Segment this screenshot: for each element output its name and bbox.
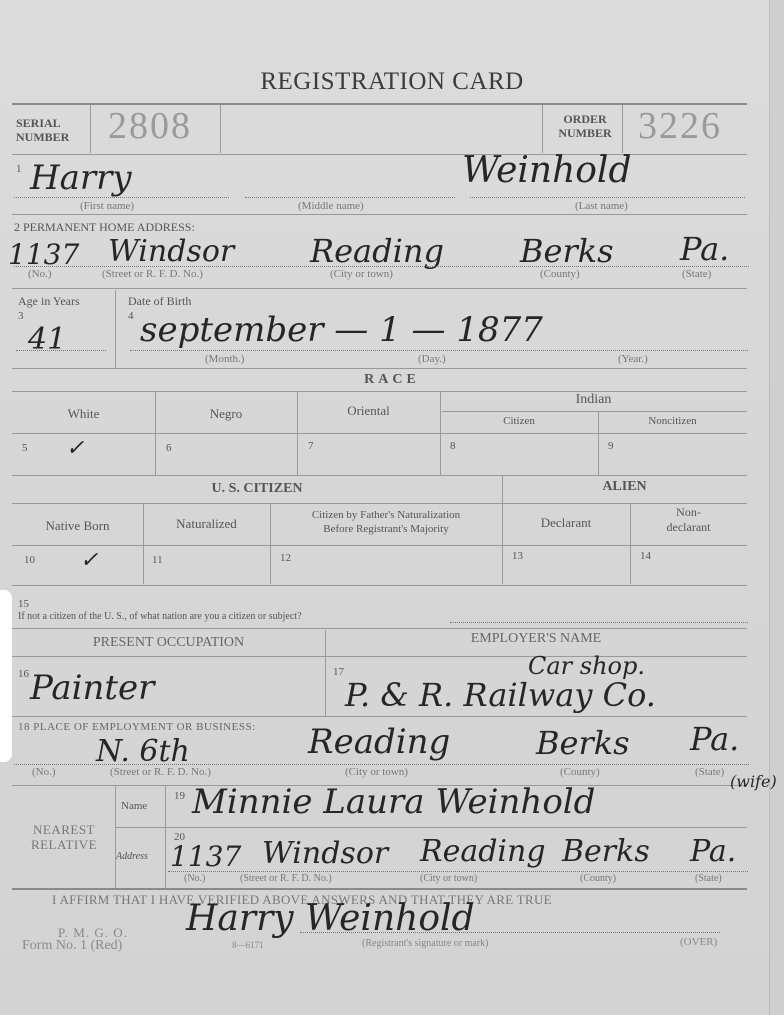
nationality-question: If not a citizen of the U. S., of what n… bbox=[18, 611, 302, 622]
caption: (No.) bbox=[32, 766, 56, 778]
side-tab bbox=[0, 590, 12, 762]
divider bbox=[12, 475, 747, 476]
dotted-rule bbox=[470, 197, 745, 198]
divider bbox=[12, 368, 747, 369]
relative-address-county: Berks bbox=[562, 834, 650, 869]
caption: (Street or R. F. D. No.) bbox=[102, 268, 203, 280]
dotted-rule bbox=[450, 622, 748, 623]
relative-address-city: Reading bbox=[420, 834, 546, 869]
caption: (First name) bbox=[80, 200, 134, 212]
race-heading: RACE bbox=[0, 372, 784, 388]
caption: (County) bbox=[540, 268, 580, 280]
card-title: REGISTRATION CARD bbox=[0, 68, 784, 96]
first-name: Harry bbox=[30, 158, 132, 198]
divider bbox=[115, 786, 116, 888]
divider bbox=[442, 411, 747, 412]
caption: (City or town) bbox=[420, 873, 477, 884]
form-code: 8—6171 bbox=[232, 940, 264, 950]
nearest-relative-label-line1: NEAREST bbox=[14, 822, 114, 837]
home-address-county: Berks bbox=[520, 232, 614, 270]
order-number: 3226 bbox=[638, 104, 722, 148]
divider bbox=[622, 105, 623, 153]
caption: (Middle name) bbox=[298, 200, 364, 212]
divider bbox=[12, 628, 747, 629]
order-number-label: ORDER NUMBER bbox=[550, 112, 620, 140]
field-number: 5 bbox=[22, 442, 28, 454]
employer-heading: EMPLOYER'S NAME bbox=[325, 631, 747, 647]
race-indian-noncitizen-label: Noncitizen bbox=[598, 415, 747, 427]
over-label: (OVER) bbox=[680, 936, 717, 948]
divider bbox=[115, 290, 116, 368]
caption: (State) bbox=[682, 268, 711, 280]
employment-city: Reading bbox=[308, 722, 450, 762]
dotted-rule bbox=[14, 266, 749, 267]
occupation-value: Painter bbox=[30, 668, 154, 708]
by-father-label-line2: Before Registrant's Majority bbox=[270, 522, 502, 536]
serial-number-label: SERIAL NUMBER bbox=[16, 116, 86, 144]
divider bbox=[12, 716, 747, 717]
dob-value: september — 1 — 1877 bbox=[140, 310, 543, 350]
race-negro-label: Negro bbox=[155, 406, 297, 422]
divider bbox=[220, 105, 221, 153]
field-number: 1 bbox=[16, 163, 22, 175]
race-oriental-label: Oriental bbox=[297, 403, 440, 419]
dotted-rule bbox=[130, 350, 748, 351]
divider bbox=[165, 786, 166, 888]
caption: (State) bbox=[695, 873, 722, 884]
divider bbox=[12, 888, 747, 890]
field-number: 14 bbox=[640, 550, 651, 562]
divider bbox=[116, 827, 747, 828]
employer-name: P. & R. Railway Co. bbox=[345, 676, 656, 714]
field-number: 11 bbox=[152, 554, 163, 566]
field-number: 3 bbox=[18, 310, 24, 322]
field-number: 19 bbox=[174, 790, 185, 802]
field-number: 12 bbox=[280, 552, 291, 564]
dotted-rule bbox=[16, 350, 106, 351]
race-white-checkmark: ✓ bbox=[66, 436, 84, 461]
divider bbox=[155, 392, 156, 476]
age-label: Age in Years bbox=[18, 294, 80, 309]
caption: (City or town) bbox=[330, 268, 393, 280]
caption: (Month.) bbox=[205, 353, 244, 365]
caption: (No.) bbox=[184, 873, 205, 884]
home-address-street: Windsor bbox=[108, 234, 234, 269]
form-number: Form No. 1 (Red) bbox=[22, 938, 122, 954]
race-white-label: White bbox=[12, 406, 155, 422]
caption: (No.) bbox=[28, 268, 52, 280]
divider bbox=[90, 105, 91, 153]
signature-caption: (Registrant's signature or mark) bbox=[362, 938, 489, 949]
native-born-label: Native Born bbox=[12, 518, 143, 534]
race-indian-heading: Indian bbox=[440, 392, 747, 408]
alien-heading: ALIEN bbox=[502, 479, 747, 495]
age-value: 41 bbox=[28, 322, 66, 357]
divider bbox=[12, 503, 747, 504]
relative-name: Minnie Laura Weinhold bbox=[192, 782, 595, 822]
home-address-label: 2 PERMANENT HOME ADDRESS: bbox=[14, 220, 195, 235]
nondeclarant-label-line1: Non- bbox=[630, 505, 747, 520]
field-number: 15 bbox=[18, 598, 29, 610]
field-number: 13 bbox=[512, 550, 523, 562]
declarant-label: Declarant bbox=[502, 515, 630, 531]
field-number: 16 bbox=[18, 668, 29, 680]
relative-name-label: Name bbox=[121, 800, 147, 812]
caption: (City or town) bbox=[345, 766, 408, 778]
serial-number: 2808 bbox=[108, 104, 192, 148]
by-father-label-line1: Citizen by Father's Naturalization bbox=[270, 508, 502, 522]
dotted-rule bbox=[168, 871, 748, 872]
caption: (Year.) bbox=[618, 353, 648, 365]
last-name: Weinhold bbox=[462, 150, 632, 191]
caption: (State) bbox=[695, 766, 724, 778]
caption: (Street or R. F. D. No.) bbox=[110, 766, 211, 778]
us-citizen-heading: U. S. CITIZEN bbox=[12, 481, 502, 497]
employment-state: Pa. bbox=[690, 720, 739, 758]
nearest-relative-label-line2: RELATIVE bbox=[14, 837, 114, 852]
naturalized-label: Naturalized bbox=[143, 516, 270, 532]
employment-county: Berks bbox=[536, 724, 630, 762]
divider bbox=[12, 545, 747, 546]
caption: (County) bbox=[560, 766, 600, 778]
place-of-employment-label: 18 PLACE OF EMPLOYMENT OR BUSINESS: bbox=[18, 721, 256, 733]
field-number: 7 bbox=[308, 440, 314, 452]
dob-label: Date of Birth bbox=[128, 294, 191, 309]
dotted-rule bbox=[245, 197, 455, 198]
home-address-city: Reading bbox=[310, 232, 444, 270]
caption: (Last name) bbox=[575, 200, 628, 212]
dotted-rule bbox=[14, 197, 229, 198]
nondeclarant-label: Non- declarant bbox=[630, 505, 747, 535]
divider bbox=[12, 214, 747, 215]
dotted-rule bbox=[14, 764, 749, 765]
card-edge bbox=[769, 0, 784, 1015]
caption: (County) bbox=[580, 873, 616, 884]
race-indian-citizen-label: Citizen bbox=[440, 415, 598, 427]
registration-card: REGISTRATION CARD SERIAL NUMBER 2808 ORD… bbox=[0, 0, 784, 1015]
nearest-relative-label: NEAREST RELATIVE bbox=[14, 822, 114, 852]
home-address-state: Pa. bbox=[680, 230, 729, 268]
caption: (Day.) bbox=[418, 353, 446, 365]
native-born-checkmark: ✓ bbox=[80, 548, 98, 573]
field-number: 8 bbox=[450, 440, 456, 452]
occupation-heading: PRESENT OCCUPATION bbox=[12, 635, 325, 651]
relative-address-street: Windsor bbox=[262, 836, 388, 871]
field-number: 17 bbox=[333, 666, 344, 678]
field-number: 10 bbox=[24, 554, 35, 566]
divider bbox=[12, 288, 747, 289]
field-number: 6 bbox=[166, 442, 172, 454]
relative-address-no: 1137 bbox=[170, 840, 241, 873]
relative-address-label: Address bbox=[116, 851, 148, 862]
field-number: 4 bbox=[128, 310, 134, 322]
dotted-rule bbox=[300, 932, 720, 933]
by-father-label: Citizen by Father's Naturalization Befor… bbox=[270, 508, 502, 536]
divider bbox=[12, 433, 747, 434]
divider bbox=[12, 154, 747, 155]
nondeclarant-label-line2: declarant bbox=[630, 520, 747, 535]
relative-address-state: Pa. bbox=[690, 834, 736, 869]
divider bbox=[12, 585, 747, 586]
caption: (Street or R. F. D. No.) bbox=[240, 873, 332, 884]
divider bbox=[542, 105, 543, 153]
relative-relation: (wife) bbox=[730, 772, 777, 791]
field-number: 9 bbox=[608, 440, 614, 452]
